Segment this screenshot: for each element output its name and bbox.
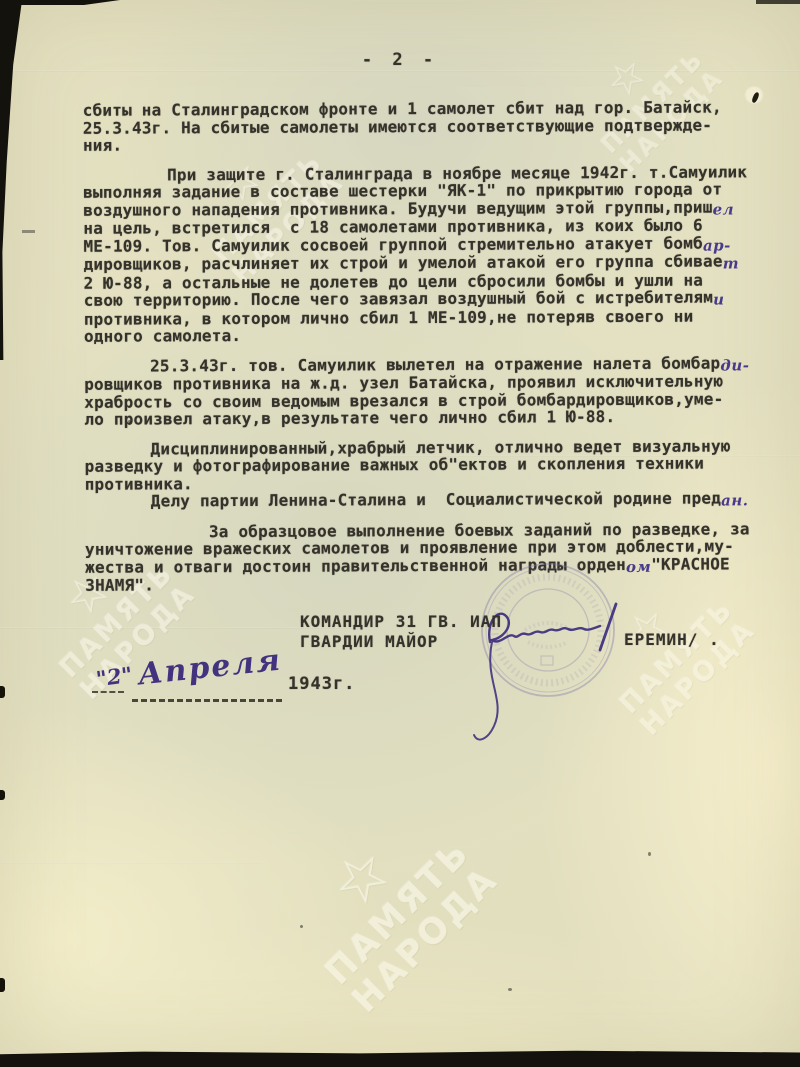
scan-edge-top-right — [756, 0, 800, 4]
typed-text: "КРАСНОЕ — [651, 554, 730, 573]
handwritten-day: "2" — [94, 662, 134, 692]
typed-text: 25.3.43г. На сбитые самолеты имеются соо… — [83, 115, 712, 137]
typed-text: разведку и фотографирование важных об"ек… — [85, 454, 705, 476]
typed-line: ло произвел атаку,в результате чего личн… — [84, 407, 774, 428]
typed-line: одного самолета. — [84, 324, 774, 345]
typed-line: противника, в котором лично сбил 1 МЕ-10… — [84, 307, 774, 328]
handwritten-correction: ан. — [721, 491, 748, 509]
signature-rank-line: ГВАРДИИ МАЙОР — [300, 632, 438, 651]
paper-speck — [128, 420, 131, 423]
margin-mark — [22, 230, 35, 233]
signature-title-line: КОМАНДИР 31 ГВ. ИАП — [300, 612, 502, 631]
typed-text: ЗНАМЯ". — [85, 575, 154, 594]
typed-line: Делу партии Ленина-Сталина и Социалистич… — [85, 489, 775, 511]
paragraph: сбиты на Сталинградском фронте и 1 самол… — [83, 98, 773, 154]
paper-speck — [648, 852, 651, 856]
document-scan: ☆ ПАМЯТЬ НАРОДА ☆ ПАМЯТЬ НАРОДА ☆ ПАМЯТЬ… — [0, 0, 800, 1067]
handwritten-correction: ом — [626, 557, 651, 575]
paragraph: За образцовое выполнение боевых заданий … — [85, 520, 775, 595]
scan-edge-nick — [0, 978, 5, 992]
typed-line: жества и отваги достоин правительственно… — [85, 555, 775, 577]
paper-speck — [508, 988, 512, 991]
paragraph: 25.3.43г. тов. Самуилик вылетел на отраж… — [84, 354, 774, 429]
signature-typed-name: ЕРЕМИН/ . — [624, 630, 720, 649]
typed-line: разведку и фотографирование важных об"ек… — [85, 454, 775, 475]
scan-edge-nick — [0, 790, 5, 800]
typed-text: одного самолета. — [84, 326, 241, 346]
handwritten-correction: ар- — [703, 236, 731, 254]
typed-line: 25.3.43г. На сбитые самолеты имеются соо… — [83, 116, 773, 137]
page-number: - 2 - — [0, 50, 800, 70]
handwritten-correction: т — [723, 254, 739, 272]
scan-edge-nick — [0, 686, 5, 698]
paper-speck — [392, 362, 395, 365]
handwritten-correction: ел — [713, 200, 735, 218]
date-underline — [92, 691, 124, 693]
typed-text: Делу партии Ленина-Сталина и Социалистич… — [151, 488, 721, 510]
typed-year: 1943г. — [288, 674, 355, 694]
paper-speck — [300, 925, 303, 928]
document-body: сбиты на Сталинградском фронте и 1 самол… — [83, 98, 776, 606]
typed-text: ло произвел атаку,в результате чего личн… — [84, 407, 615, 429]
date-underline — [132, 699, 282, 702]
paragraph: При защите г. Сталинграда в ноябре месяц… — [83, 163, 774, 346]
handwritten-correction: ди- — [720, 356, 749, 374]
typed-text: ния. — [83, 136, 122, 155]
typed-text: противника, в котором лично сбил 1 МЕ-10… — [84, 306, 694, 328]
handwritten-correction: и — [713, 290, 725, 308]
paragraph: Дисциплинированный,храбрый летчик, отлич… — [84, 437, 774, 512]
